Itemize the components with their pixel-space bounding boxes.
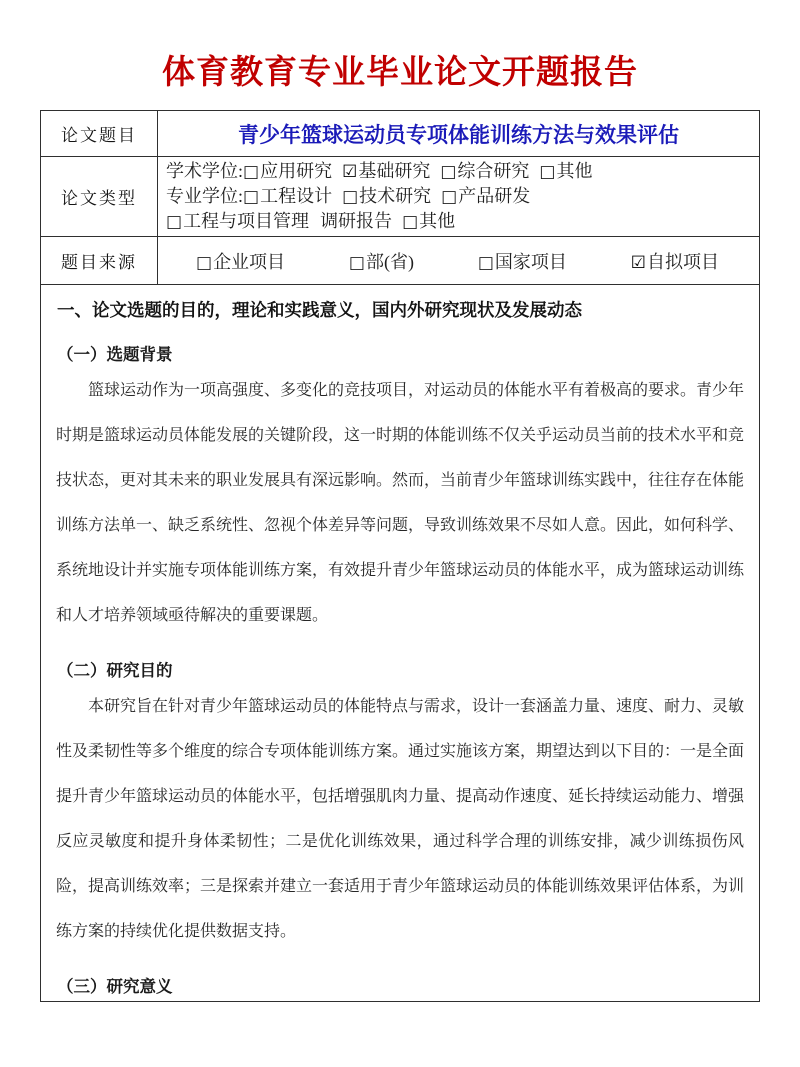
checkbox-option: □应用研究: [243, 161, 332, 181]
checkbox-option: □国家项目: [478, 248, 567, 274]
professional-degree-line: 专业学位:□工程设计□技术研究□产品研发: [166, 184, 753, 209]
paragraph-background: 篮球运动作为一项高强度、多变化的竞技项目，对运动员的体能水平有着极高的要求。青少…: [56, 368, 744, 638]
checkbox-unchecked-icon: □: [243, 187, 259, 207]
checkbox-unchecked-icon: □: [402, 212, 418, 232]
checkbox-unchecked-icon: □: [539, 162, 555, 182]
thesis-type-cell: 学术学位:□应用研究☑基础研究□综合研究□其他 专业学位:□工程设计□技术研究□…: [158, 157, 760, 237]
academic-degree-prefix: 学术学位:: [166, 161, 243, 181]
checkbox-unchecked-icon: □: [166, 212, 182, 232]
checkbox-option: □产品研发: [441, 186, 530, 206]
checkbox-option: □工程设计: [243, 186, 332, 206]
checkbox-option: □部(省): [349, 248, 414, 274]
text-option: 调研报告: [319, 211, 392, 231]
academic-degree-line: 学术学位:□应用研究☑基础研究□综合研究□其他: [166, 159, 753, 184]
option-label: 其他: [556, 161, 592, 181]
main-content-box: 一、论文选题的目的，理论和实践意义，国内外研究现状及发展动态 （一）选题背景 篮…: [40, 285, 760, 1002]
checkbox-option: □企业项目: [196, 248, 285, 274]
checkbox-unchecked-icon: □: [243, 162, 259, 182]
option-label: 部(省): [366, 252, 414, 272]
checkbox-unchecked-icon: □: [440, 162, 456, 182]
checkbox-unchecked-icon: □: [441, 187, 457, 207]
checkbox-unchecked-icon: □: [349, 253, 365, 273]
checkbox-option: □技术研究: [342, 186, 431, 206]
checkbox-option: □工程与项目管理: [166, 211, 309, 231]
section-heading: 一、论文选题的目的，理论和实践意义，国内外研究现状及发展动态: [57, 299, 744, 322]
option-label: 产品研发: [458, 186, 530, 206]
option-label: 工程设计: [260, 186, 332, 206]
checkbox-checked-icon: ☑: [631, 253, 646, 273]
table-row: 论文题目 青少年篮球运动员专项体能训练方法与效果评估: [41, 111, 760, 157]
table-row: 论文类型 学术学位:□应用研究☑基础研究□综合研究□其他 专业学位:□工程设计□…: [41, 157, 760, 237]
professional-degree-prefix: 专业学位:: [166, 186, 243, 206]
topic-source-cell: □企业项目 □部(省) □国家项目 ☑自拟项目: [158, 237, 760, 285]
extra-degree-line: □工程与项目管理调研报告□其他: [166, 209, 753, 234]
subheading-background: （一）选题背景: [57, 344, 744, 366]
thesis-info-table: 论文题目 青少年篮球运动员专项体能训练方法与效果评估 论文类型 学术学位:□应用…: [40, 110, 760, 285]
option-label: 工程与项目管理: [183, 211, 309, 231]
option-label: 调研报告: [320, 211, 392, 231]
option-label: 技术研究: [359, 186, 431, 206]
option-label: 自拟项目: [647, 252, 719, 272]
checkbox-checked-icon: ☑: [342, 162, 357, 182]
checkbox-option: □综合研究: [440, 161, 529, 181]
source-options-row: □企业项目 □部(省) □国家项目 ☑自拟项目: [196, 248, 719, 274]
option-label: 应用研究: [260, 161, 332, 181]
paragraph-purpose: 本研究旨在针对青少年篮球运动员的体能特点与需求，设计一套涵盖力量、速度、耐力、灵…: [56, 684, 744, 954]
option-label: 综合研究: [457, 161, 529, 181]
checkbox-option: □其他: [539, 161, 592, 181]
option-label: 企业项目: [213, 252, 285, 272]
checkbox-unchecked-icon: □: [478, 253, 494, 273]
page-title: 体育教育专业毕业论文开题报告: [0, 0, 800, 94]
subheading-purpose: （二）研究目的: [57, 660, 744, 682]
checkbox-option: ☑基础研究: [342, 161, 430, 181]
checkbox-unchecked-icon: □: [196, 253, 212, 273]
subheading-significance: （三）研究意义: [57, 976, 744, 998]
source-row-label: 题目来源: [41, 237, 158, 285]
option-label: 国家项目: [495, 252, 567, 272]
table-row: 题目来源 □企业项目 □部(省) □国家项目 ☑自拟项目: [41, 237, 760, 285]
option-label: 基础研究: [358, 161, 430, 181]
option-label: 其他: [419, 211, 455, 231]
checkbox-option: ☑自拟项目: [631, 248, 719, 274]
checkbox-unchecked-icon: □: [342, 187, 358, 207]
topic-row-label: 论文题目: [41, 111, 158, 157]
checkbox-option: □其他: [402, 211, 455, 231]
thesis-title-text: 青少年篮球运动员专项体能训练方法与效果评估: [158, 111, 760, 157]
type-row-label: 论文类型: [41, 157, 158, 237]
